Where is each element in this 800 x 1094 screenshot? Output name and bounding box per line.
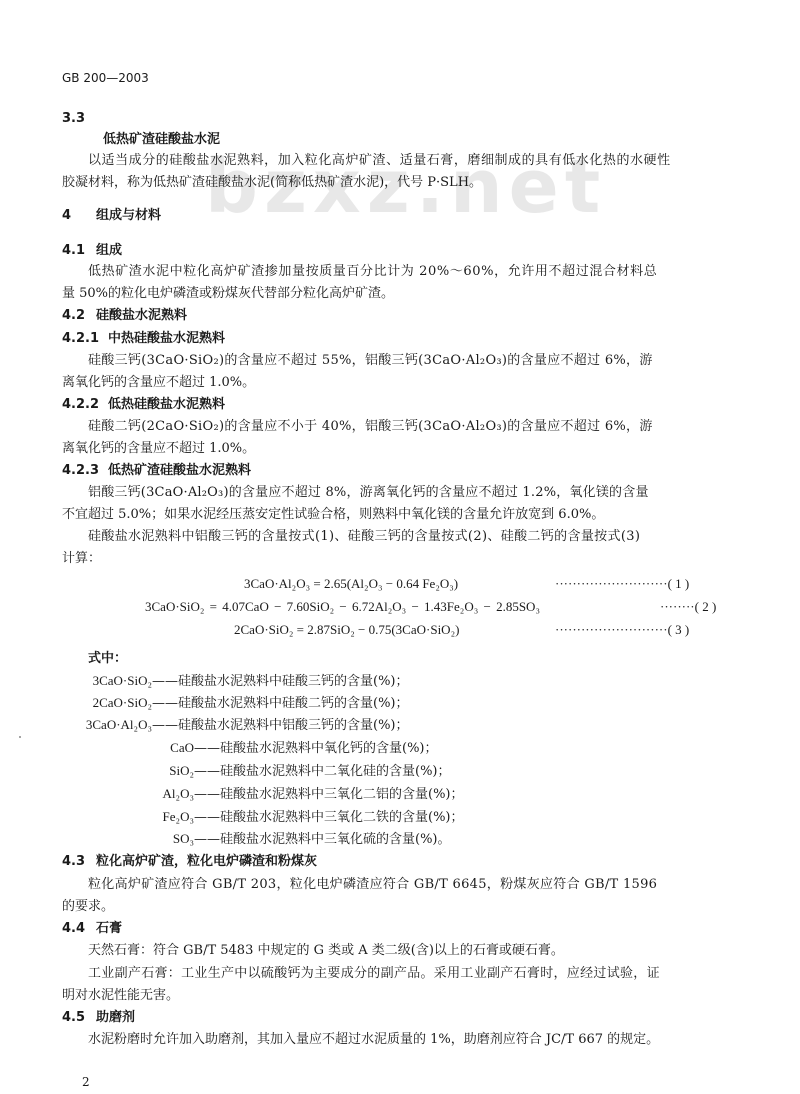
section-title: 组成与材料: [96, 208, 161, 223]
where-label: 式中：: [88, 651, 127, 667]
where-item: CaO——硅酸盐水泥熟料中氧化钙的含量(%)；: [0, 740, 438, 757]
paragraph-line: 胶凝材料，称为低热矿渣硅酸盐水泥(简称低热矿渣水泥)，代号 P·SLH。: [62, 175, 482, 191]
section-heading: 4.3粒化高炉矿渣，粒化电炉磷渣和粉煤灰: [62, 854, 317, 870]
section-heading: 4.2.2低热硅酸盐水泥熟料: [62, 397, 225, 413]
paragraph-line: 的要求。: [62, 899, 114, 915]
section-number: 4.5: [62, 1010, 96, 1026]
formula-1-ref: ··························( 1 ): [555, 576, 689, 592]
symbol-description: ——硅酸盐水泥熟料中硅酸三钙的含量(%)；: [152, 674, 409, 689]
paragraph-line: 硅酸二钙(2CaO·SiO₂)的含量应不小于 40%，铝酸三钙(3CaO·Al₂…: [88, 419, 653, 435]
section-heading: 4组成与材料: [62, 208, 161, 224]
leader-dots: ··························: [555, 622, 668, 637]
section-heading: 4.2.1中热硅酸盐水泥熟料: [62, 331, 225, 347]
page-number: 2: [82, 1074, 90, 1090]
where-item: Al₂O₃——硅酸盐水泥熟料中三氧化二铝的含量(%)；: [0, 786, 464, 803]
symbol: CaO: [0, 740, 194, 756]
section-title: 组成: [96, 243, 122, 258]
symbol-description: ——硅酸盐水泥熟料中二氧化硅的含量(%)；: [194, 764, 451, 779]
paragraph-line: 离氧化钙的含量应不超过 1.0%。: [62, 375, 255, 391]
where-item: 2CaO·SiO₂——硅酸盐水泥熟料中硅酸二钙的含量(%)；: [0, 695, 409, 712]
paragraph-line: 工业副产石膏：工业生产中以硫酸钙为主要成分的副产品。采用工业副产石膏时，应经过试…: [88, 966, 660, 982]
paragraph-line: 不宜超过 5.0%；如果水泥经压蒸安定性试验合格，则熟料中氧化镁的含量允许放宽到…: [62, 507, 604, 523]
section-number: 4.2: [62, 308, 96, 324]
leader-dots: ··························: [555, 576, 668, 591]
paragraph-line: 明对水泥性能无害。: [62, 988, 179, 1004]
paragraph-line: 量 50%的粒化电炉磷渣或粉煤灰代替部分粒化高炉矿渣。: [62, 286, 394, 302]
section-heading: 4.2.3低热矿渣硅酸盐水泥熟料: [62, 463, 251, 479]
formula-lhs: 2CaO·SiO₂: [234, 622, 293, 637]
section-number: 4.2.1: [62, 331, 108, 347]
symbol-description: ——硅酸盐水泥熟料中硅酸二钙的含量(%)；: [152, 696, 409, 711]
equation-number: ( 1 ): [668, 576, 690, 591]
paragraph-line: 低热矿渣水泥中粒化高炉矿渣掺加量按质量百分比计为 20%～60%，允许用不超过混…: [88, 264, 657, 280]
section-number: 3.3: [62, 111, 85, 127]
section-number: 4: [62, 208, 96, 224]
paragraph-line: 以适当成分的硅酸盐水泥熟料，加入粒化高炉矿渣、适量石膏，磨细制成的具有低水化热的…: [88, 153, 671, 169]
symbol-description: ——硅酸盐水泥熟料中三氧化硫的含量(%)。: [194, 832, 451, 847]
section-title: 硅酸盐水泥熟料: [96, 308, 187, 323]
symbol-description: ——硅酸盐水泥熟料中三氧化二铝的含量(%)；: [194, 787, 464, 802]
symbol: Fe₂O₃: [0, 809, 194, 825]
section-heading: 4.1组成: [62, 243, 122, 259]
paragraph-line: 天然石膏：符合 GB/T 5483 中规定的 G 类或 A 类二级(含)以上的石…: [88, 943, 564, 959]
formula-lhs: 3CaO·Al₂O₃: [244, 576, 310, 591]
section-title: 石膏: [96, 921, 122, 936]
paragraph-line: 离氧化钙的含量应不超过 1.0%。: [62, 441, 255, 457]
formula-rhs: = 4.07CaO − 7.60SiO₂ − 6.72Al₂O₃ − 1.43F…: [210, 599, 540, 614]
formula-2-ref: ········( 2 ): [660, 599, 716, 615]
symbol: Al₂O₃: [0, 786, 194, 802]
section-title: 中热硅酸盐水泥熟料: [108, 331, 225, 346]
symbol: 3CaO·Al₂O₃: [0, 717, 152, 733]
symbol-description: ——硅酸盐水泥熟料中铝酸三钙的含量(%)；: [152, 718, 409, 733]
section-title: 粒化高炉矿渣，粒化电炉磷渣和粉煤灰: [96, 854, 317, 869]
section-heading: 4.4石膏: [62, 921, 122, 937]
scan-artifact: [19, 736, 21, 738]
paragraph-line: 水泥粉磨时允许加入助磨剂，其加入量应不超过水泥质量的 1%，助磨剂应符合 JC/…: [88, 1032, 659, 1048]
where-item: 3CaO·Al₂O₃——硅酸盐水泥熟料中铝酸三钙的含量(%)；: [0, 717, 409, 734]
formula-1: 3CaO·Al₂O₃ = 2.65(Al₂O₃ − 0.64 Fe₂O₃): [244, 576, 458, 592]
section-number: 4.4: [62, 921, 96, 937]
term-title: 低热矿渣硅酸盐水泥: [103, 132, 220, 148]
section-heading: 4.2硅酸盐水泥熟料: [62, 308, 187, 324]
symbol: SiO₂: [0, 763, 194, 779]
section-heading: 4.5助磨剂: [62, 1010, 135, 1026]
paragraph-line: 硅酸三钙(3CaO·SiO₂)的含量应不超过 55%，铝酸三钙(3CaO·Al₂…: [88, 353, 653, 369]
symbol-description: ——硅酸盐水泥熟料中氧化钙的含量(%)；: [194, 741, 438, 756]
paragraph-line: 硅酸盐水泥熟料中铝酸三钙的含量按式(1)、硅酸三钙的含量按式(2)、硅酸二钙的含…: [88, 529, 640, 545]
symbol: SO₃: [0, 831, 194, 847]
formula-2: 3CaO·SiO₂ = 4.07CaO − 7.60SiO₂ − 6.72Al₂…: [145, 599, 540, 615]
formula-rhs: = 2.65(Al₂O₃ − 0.64 Fe₂O₃): [313, 576, 458, 591]
symbol: 3CaO·SiO₂: [0, 673, 152, 689]
formula-3-ref: ··························( 3 ): [555, 622, 689, 638]
document-page: bzxz.net GB 200—2003 3.3 低热矿渣硅酸盐水泥 以适当成分…: [0, 0, 800, 1094]
where-item: SiO₂——硅酸盐水泥熟料中二氧化硅的含量(%)；: [0, 763, 451, 780]
symbol: 2CaO·SiO₂: [0, 695, 152, 711]
where-item: 3CaO·SiO₂——硅酸盐水泥熟料中硅酸三钙的含量(%)；: [0, 673, 409, 690]
formula-lhs: 3CaO·SiO₂: [145, 599, 204, 614]
equation-number: ( 3 ): [668, 622, 690, 637]
symbol-description: ——硅酸盐水泥熟料中三氧化二铁的含量(%)；: [194, 810, 464, 825]
equation-number: ( 2 ): [695, 599, 717, 614]
section-number: 4.2.2: [62, 397, 108, 413]
paragraph-line: 铝酸三钙(3CaO·Al₂O₃)的含量应不超过 8%，游离氧化钙的含量应不超过 …: [88, 485, 649, 501]
paragraph-line: 粒化高炉矿渣应符合 GB/T 203，粒化电炉磷渣应符合 GB/T 6645，粉…: [88, 877, 657, 893]
standard-code: GB 200—2003: [62, 70, 149, 86]
section-number: 4.1: [62, 243, 96, 259]
section-title: 低热硅酸盐水泥熟料: [108, 397, 225, 412]
section-number: 4.2.3: [62, 463, 108, 479]
section-title: 助磨剂: [96, 1010, 135, 1025]
section-number: 4.3: [62, 854, 96, 870]
where-item: Fe₂O₃——硅酸盐水泥熟料中三氧化二铁的含量(%)；: [0, 809, 464, 826]
leader-dots: ········: [660, 599, 695, 614]
where-item: SO₃——硅酸盐水泥熟料中三氧化硫的含量(%)。: [0, 831, 451, 848]
formula-3: 2CaO·SiO₂ = 2.87SiO₂ − 0.75(3CaO·SiO₂): [234, 622, 459, 638]
section-title: 低热矿渣硅酸盐水泥熟料: [108, 463, 251, 478]
formula-rhs: = 2.87SiO₂ − 0.75(3CaO·SiO₂): [297, 622, 460, 637]
paragraph-line: 计算：: [62, 551, 101, 567]
